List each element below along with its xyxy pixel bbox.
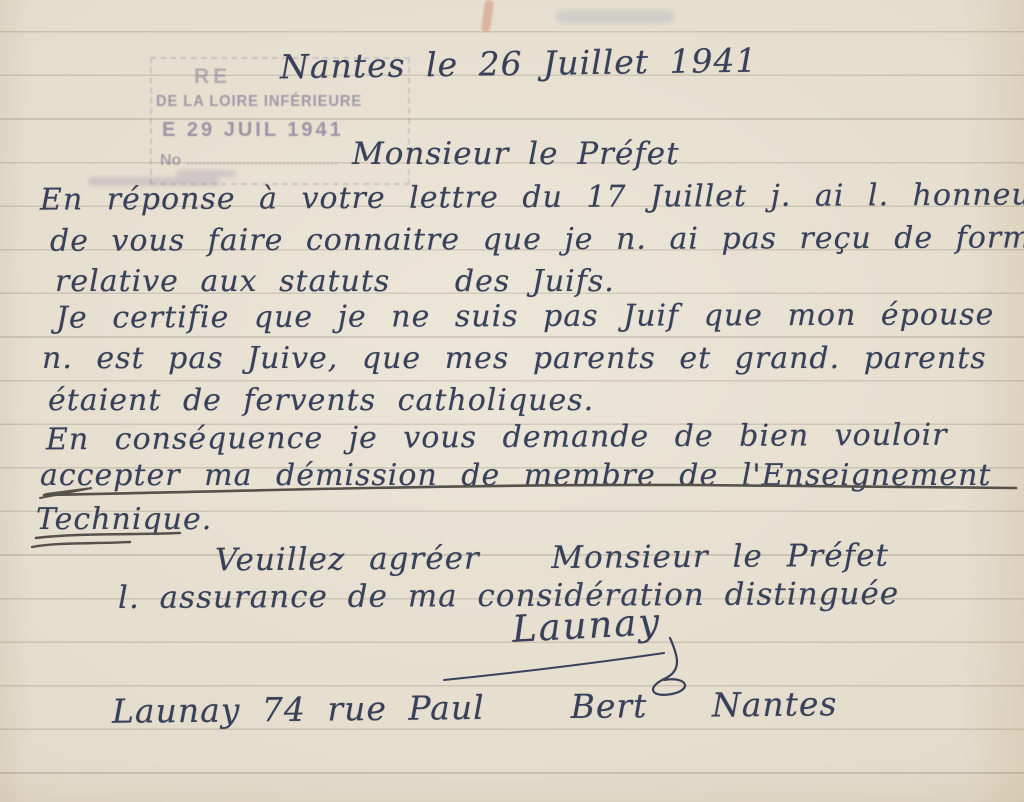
closing-line-2: l. assurance de ma considération disting…: [118, 576, 899, 616]
scanned-letter-page: RE DE LA LOIRE INFÉRIEURE E 29 JUIL 1941…: [0, 0, 1024, 802]
underline-mark: [30, 530, 190, 554]
body-line-5: n. est pas Juive, que mes parents et gra…: [42, 341, 987, 376]
body-line-1: En réponse à votre lettre du 17 Juillet …: [40, 177, 1024, 217]
body-line-6: étaient de fervents catholiques.: [48, 383, 594, 418]
salutation: Monsieur le Préfet: [352, 136, 680, 172]
body-line-7: En conséquence je vous demande de bien v…: [46, 418, 948, 458]
closing-line-1: Veuillez agréer Monsieur le Préfet: [215, 538, 889, 579]
dateline: Nantes le 26 Juillet 1941: [280, 41, 758, 87]
body-line-4: Je certifie que je ne suis pas Juif que …: [56, 297, 995, 335]
faint-ink-smudge: [556, 10, 674, 23]
red-pencil-mark: [481, 0, 494, 32]
stamp-date-line: E 29 JUIL 1941: [162, 119, 344, 142]
sender-address-line: Launay 74 rue Paul Bert Nantes: [112, 684, 838, 731]
stamp-line-2: DE LA LOIRE INFÉRIEURE: [156, 93, 362, 111]
stamp-ink-smear-small: [176, 170, 236, 177]
stamp-line-1: RE: [194, 65, 231, 89]
stamp-number-line: No: [160, 152, 337, 170]
body-line-2: de vous faire connaitre que je n. ai pas…: [50, 220, 1024, 259]
stamp-number-blank: [187, 163, 337, 165]
strike-through-line: [34, 476, 1020, 504]
body-line-3: relative aux statuts des Juifs.: [55, 264, 615, 299]
